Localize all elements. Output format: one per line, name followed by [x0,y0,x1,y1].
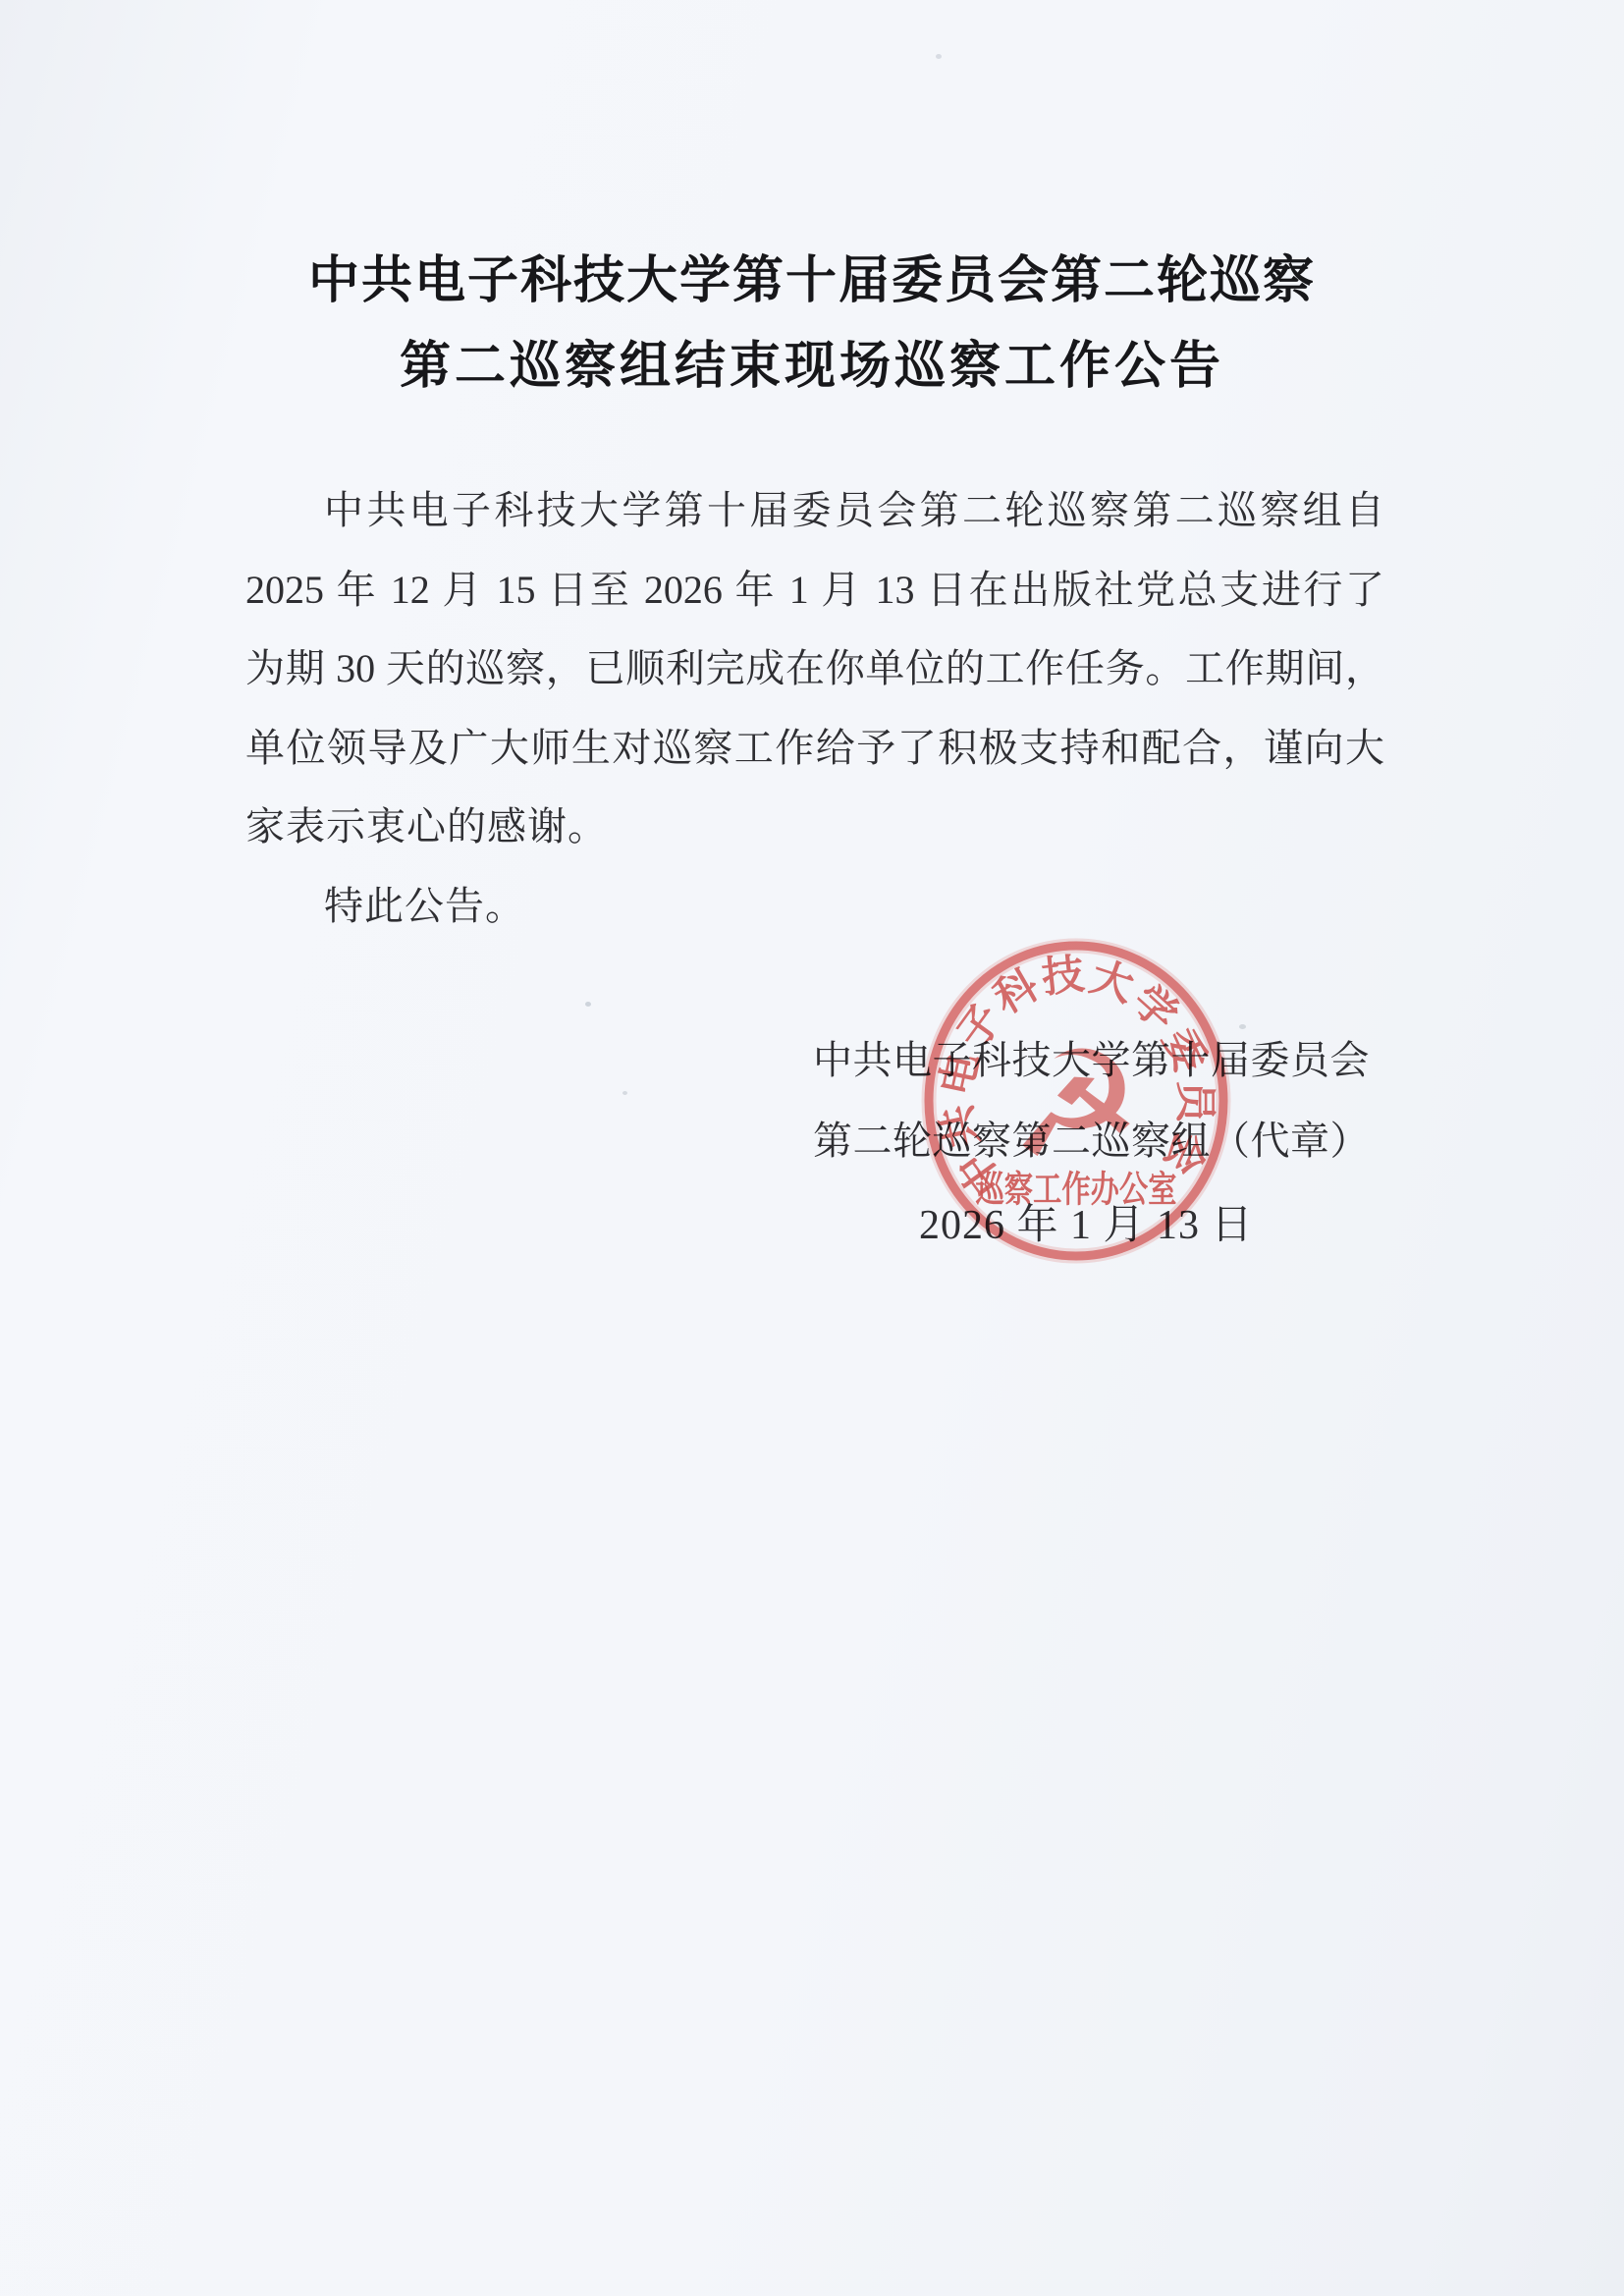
announcement-page: 中共电子科技大学第十届委员会第二轮巡察 第二巡察组结束现场巡察工作公告 中共电子… [0,0,1624,2296]
title-line-2: 第二巡察组结束现场巡察工作公告 [0,324,1624,410]
body-paragraph: 中共电子科技大学第十届委员会第二轮巡察第二巡察组自 2025 年 12 月 15… [245,471,1384,947]
scan-speck [936,54,942,59]
body-line-1: 中共电子科技大学第十届委员会第二轮巡察第二巡察组自 [245,471,1384,551]
seal-ring-char: 科 [986,961,1046,1023]
scan-speck [1239,1024,1246,1029]
body-line-6: 特此公告。 [245,867,1384,947]
signature-date: 2026 年 1 月 13 日 [919,1203,1254,1248]
seal-ring-char: 技 [1040,951,1087,1002]
body-line-5: 家表示衷心的感谢。 [245,788,1384,867]
seal-ring-char: 学 [1123,977,1186,1040]
seal-ring-char: 大 [1085,954,1140,1011]
scan-speck [623,1091,627,1095]
body-line-3: 为期 30 天的巡察，已顺利完成在你单位的工作任务。工作期间， [245,629,1384,709]
signature-org-line-2: 第二轮巡察第二巡察组（代章） [813,1119,1370,1164]
body-line-4: 单位领导及广大师生对巡察工作给予了积极支持和配合，谨向大 [245,709,1384,789]
scan-speck [585,1002,591,1007]
document-title: 中共电子科技大学第十届委员会第二轮巡察 第二巡察组结束现场巡察工作公告 [0,239,1624,410]
signature-org-line-1: 中共电子科技大学第十届委员会 [813,1038,1370,1083]
title-line-1: 中共电子科技大学第十届委员会第二轮巡察 [0,239,1624,324]
body-line-2: 2025 年 12 月 15 日至 2026 年 1 月 13 日在出版社党总支… [245,551,1384,630]
